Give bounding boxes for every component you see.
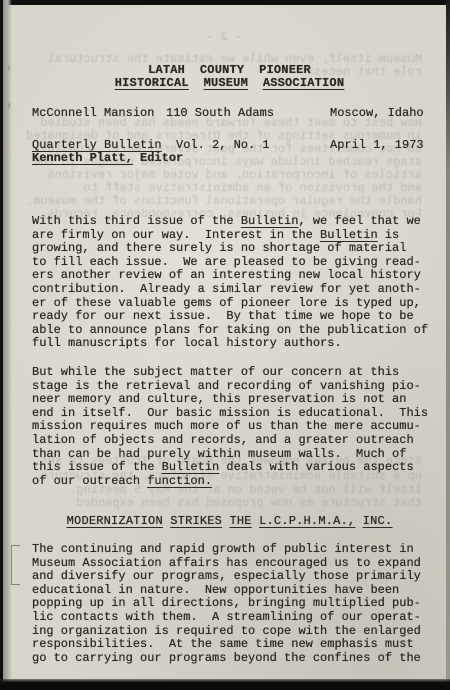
bleed-through-line: articles of incorporation, and voted maj… bbox=[26, 169, 422, 183]
typed-line: lic contacts with them. A streamlining o… bbox=[32, 611, 430, 625]
body-paragraph-3: The continuing and rapid growth of publi… bbox=[32, 543, 430, 665]
bleed-through-line: - 2 - bbox=[26, 31, 422, 45]
typed-line: and diversify our programs, especially t… bbox=[32, 570, 430, 584]
scan-border-top bbox=[0, 0, 450, 5]
typed-line: this issue of the Bulletin deals with va… bbox=[32, 461, 430, 475]
typed-line: stage is the retrieval and recording of … bbox=[32, 380, 430, 394]
masthead-line2: HISTORICAL MUSEUM ASSOCIATION bbox=[32, 77, 427, 91]
typed-line: contribution. Already a similar review f… bbox=[32, 283, 430, 297]
typed-line: ers another review of an interesting new… bbox=[32, 269, 430, 283]
typed-line: responsibilities. At the same time new e… bbox=[32, 638, 430, 652]
volume-number: Vol. 2, No. 1 bbox=[176, 139, 270, 153]
bleed-through-line: handle the regular operational functions… bbox=[26, 195, 422, 209]
bleed-through-line: that structure as now proposed has been … bbox=[26, 497, 422, 511]
typed-line: are firmly on our way. Interest in the B… bbox=[32, 229, 430, 243]
body-paragraph-2: But while the subject matter of our conc… bbox=[32, 366, 430, 488]
city-state: Moscow, Idaho bbox=[330, 107, 424, 121]
bleed-through-line: and the provision of an administrative s… bbox=[26, 182, 422, 196]
typed-line: than can be had purely within museum wal… bbox=[32, 448, 430, 462]
typed-line: end in itself. Our basic mission is educ… bbox=[32, 407, 430, 421]
typed-line: mission requires much more of us than th… bbox=[32, 420, 430, 434]
typed-line: able to announce plans for taking on the… bbox=[32, 324, 430, 338]
typed-line: of our outreach function. bbox=[32, 475, 430, 489]
scanned-bulletin-page: - 2 -Museum itself, even while we estima… bbox=[0, 0, 450, 690]
body-paragraph-1: With this third issue of the Bulletin, w… bbox=[32, 215, 430, 351]
staple-mark bbox=[11, 545, 20, 585]
typed-line: But while the subject matter of our conc… bbox=[32, 366, 430, 380]
typed-line: lation of objects and records, and a gre… bbox=[32, 434, 430, 448]
typed-line: neer memory and culture, this preservati… bbox=[32, 393, 430, 407]
mansion-name: McConnell Mansion bbox=[32, 107, 154, 121]
editor-credit: Kenneth Platt, Editor bbox=[32, 152, 183, 166]
typed-line: With this third issue of the Bulletin, w… bbox=[32, 215, 430, 229]
typed-line: educational in nature. New opportunities… bbox=[32, 584, 430, 598]
street-address: 110 South Adams bbox=[166, 107, 274, 121]
typed-line: er of these valuable gems of pioneer lor… bbox=[32, 297, 430, 311]
typed-line: full manuscripts for local history autho… bbox=[32, 337, 430, 351]
typed-line: go to carrying our programs beyond the c… bbox=[32, 652, 430, 666]
typed-line: Museum Association affairs has encourage… bbox=[32, 557, 430, 571]
typed-line: growing, and there surely is no shortage… bbox=[32, 242, 430, 256]
section-heading: MODERNIZATION STRIKES THE L.C.P.H.M.A., … bbox=[32, 515, 427, 529]
issue-date: April 1, 1973 bbox=[330, 139, 424, 153]
scan-shadow-left bbox=[3, 0, 12, 690]
scan-border-right bbox=[446, 0, 450, 690]
typed-line: ready for our next issue. By that time w… bbox=[32, 310, 430, 324]
scan-border-bottom bbox=[0, 679, 450, 690]
typed-line: The continuing and rapid growth of publi… bbox=[32, 543, 430, 557]
typed-line: to fill each issue. We are pleased to be… bbox=[32, 256, 430, 270]
typed-line: ing organization is required to cope wit… bbox=[32, 625, 430, 639]
typed-line: popping up in all directions, bringing m… bbox=[32, 597, 430, 611]
